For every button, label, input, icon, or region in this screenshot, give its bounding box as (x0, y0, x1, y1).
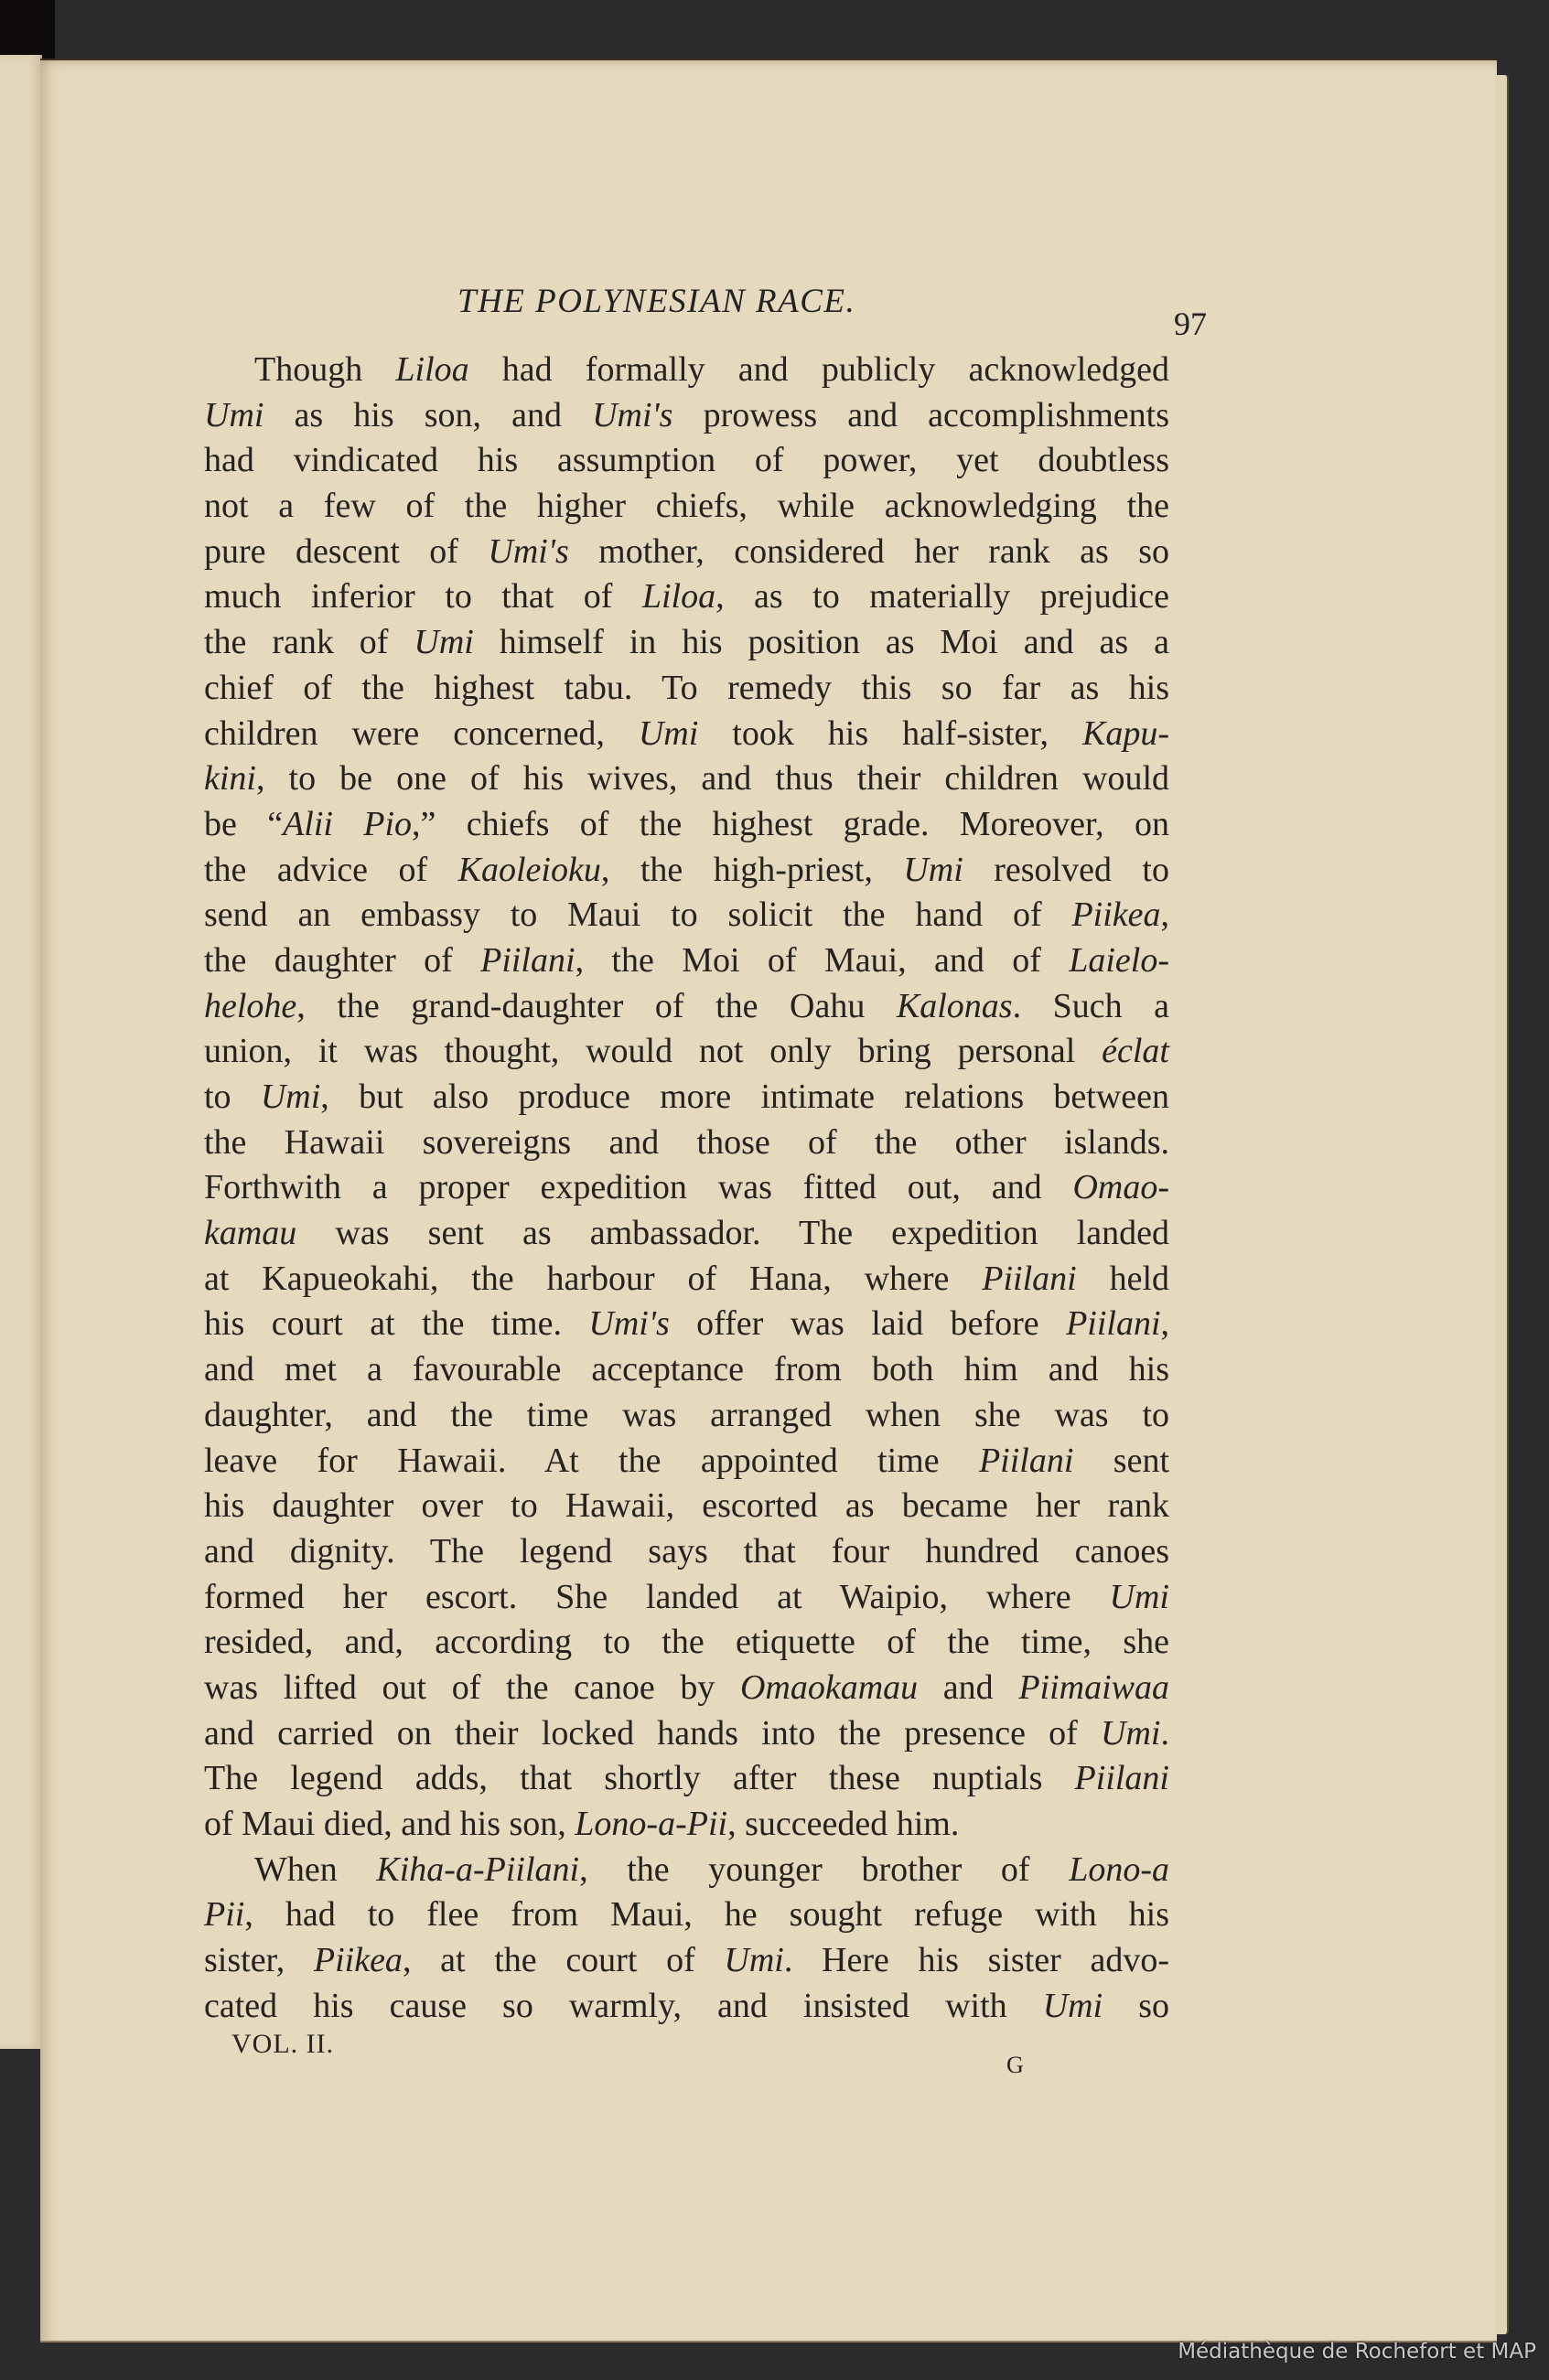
text-line: union, it was thought, would not only br… (204, 1029, 1169, 1075)
text-line: and met a favourable acceptance from bot… (204, 1347, 1169, 1393)
text-line: at Kapueokahi, the harbour of Hana, wher… (204, 1257, 1169, 1303)
text-line: was lifted out of the canoe by Omaokamau… (204, 1666, 1169, 1711)
text-line: the Hawaii sovereigns and those of the o… (204, 1120, 1169, 1166)
facing-page-edge (0, 55, 42, 2049)
text-line: daughter, and the time was arranged when… (204, 1393, 1169, 1439)
running-head: THE POLYNESIAN RACE. (457, 282, 933, 321)
text-line: the advice of Kaoleioku, the high-priest… (204, 848, 1169, 894)
text-line: sister, Piikea, at the court of Umi. Her… (204, 1938, 1169, 1984)
text-line: the rank of Umi himself in his position … (204, 620, 1169, 666)
text-line: had vindicated his assumption of power, … (204, 438, 1169, 484)
text-line: Though Liloa had formally and publicly a… (204, 348, 1169, 393)
text-line: leave for Hawaii. At the appointed time … (204, 1439, 1169, 1485)
text-line: kamau was sent as ambassador. The expedi… (204, 1211, 1169, 1257)
text-line: helohe, the grand-daughter of the Oahu K… (204, 984, 1169, 1030)
text-line: his court at the time. Umi's offer was l… (204, 1302, 1169, 1347)
text-line: of Maui died, and his son, Lono-a-Pii, s… (204, 1802, 1169, 1848)
text-line: send an embassy to Maui to solicit the h… (204, 893, 1169, 938)
text-line: cated his cause so warmly, and insisted … (204, 1984, 1169, 2030)
text-line: to Umi, but also produce more intimate r… (204, 1075, 1169, 1120)
gathering-letter: G (1006, 2052, 1024, 2079)
text-line: Pii, had to flee from Maui, he sought re… (204, 1892, 1169, 1938)
text-line: the daughter of Piilani, the Moi of Maui… (204, 938, 1169, 984)
body-text: Though Liloa had formally and publicly a… (204, 348, 1169, 2029)
text-line: much inferior to that of Liloa, as to ma… (204, 574, 1169, 620)
text-line: formed her escort. She landed at Waipio,… (204, 1575, 1169, 1621)
page-number: 97 (1174, 305, 1207, 343)
text-line: kini, to be one of his wives, and thus t… (204, 756, 1169, 802)
text-line: The legend adds, that shortly after thes… (204, 1756, 1169, 1802)
text-line: and dignity. The legend says that four h… (204, 1529, 1169, 1575)
text-line: pure descent of Umi's mother, considered… (204, 530, 1169, 575)
text-line: Umi as his son, and Umi's prowess and ac… (204, 393, 1169, 439)
text-line: When Kiha-a-Piilani, the younger brother… (204, 1848, 1169, 1893)
text-line: his daughter over to Hawaii, escorted as… (204, 1484, 1169, 1529)
text-line: children were concerned, Umi took his ha… (204, 712, 1169, 757)
text-line: and carried on their locked hands into t… (204, 1711, 1169, 1757)
watermark: Médiathèque de Rochefort et MAP (1178, 2340, 1536, 2364)
text-line: resided, and, according to the etiquette… (204, 1620, 1169, 1666)
text-line: not a few of the higher chiefs, while ac… (204, 484, 1169, 530)
text-line: be “Alii Pio,” chiefs of the highest gra… (204, 802, 1169, 848)
signature-mark: VOL. II. (231, 2029, 334, 2060)
text-line: Forthwith a proper expedition was fitted… (204, 1165, 1169, 1211)
text-line: chief of the highest tabu. To remedy thi… (204, 666, 1169, 712)
